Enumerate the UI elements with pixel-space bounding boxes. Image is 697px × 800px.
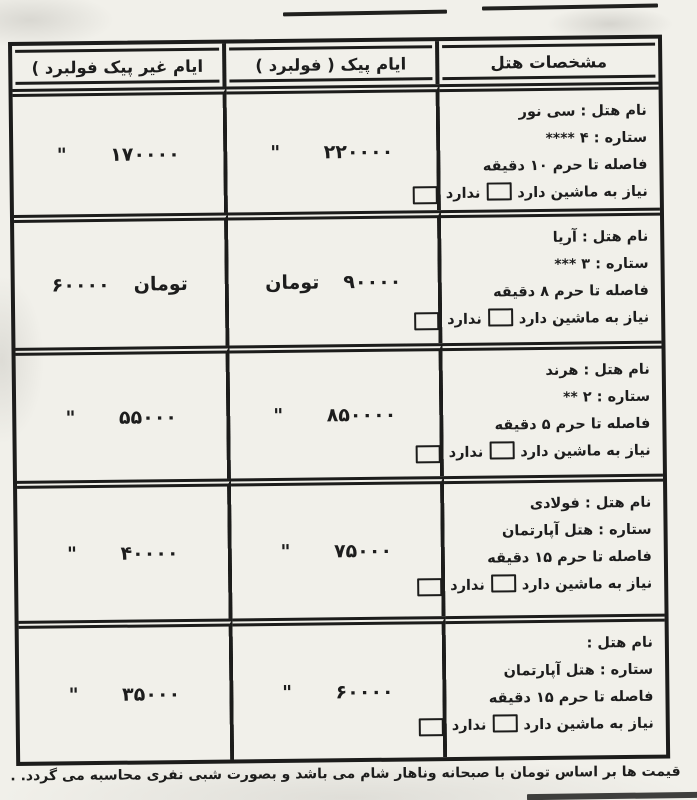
ditto-mark: "	[69, 684, 81, 706]
header-specs-label: مشخصات هتل	[442, 43, 655, 80]
scanned-document-page: ایام غیر پیک فولبرد ) ایام پیک ( فولبرد …	[0, 0, 697, 800]
hotel-specs-cell: نام هتل : هرند ستاره : ۲** فاصله تا حرم …	[442, 341, 662, 476]
hotel-specs-cell: نام هتل : آریا ستاره : ۳*** فاصله تا حرم…	[441, 208, 661, 343]
hotel-specs-cell: نام هتل : سی نور ستاره : ۴**** فاصله تا …	[440, 82, 660, 210]
ditto-mark: "	[65, 407, 77, 429]
price-value: ۶۰۰۰۰	[52, 273, 110, 296]
hotel-star-rating: ستاره : ۳***	[447, 251, 648, 280]
star-icons: ****	[545, 131, 574, 147]
ditto-mark: "	[273, 404, 285, 426]
checkbox-no-car	[413, 186, 438, 204]
scan-artifact-line	[283, 10, 447, 17]
price-value: ۴۰۰۰۰	[120, 542, 178, 565]
header-peak-label: ایام پیک ( فولبرد )	[229, 45, 432, 82]
offpeak-price-cell: " ۳۵۰۰۰	[19, 618, 235, 761]
car-requirement: نیاز به ماشین داردندارد	[450, 438, 651, 467]
hotel-name: نام هتل : آریا	[447, 224, 648, 253]
hotel-star-rating: ستاره : هتل آپارتمان	[450, 517, 651, 546]
hotel-distance: فاصله تا حرم ۱۵ دقیقه	[451, 544, 652, 573]
price-value: ۷۵۰۰۰	[334, 540, 392, 563]
checkbox-no-car	[416, 445, 441, 463]
ditto-mark: "	[67, 543, 79, 565]
star-icons: ***	[554, 257, 576, 273]
car-requirement: نیاز به ماشین داردندارد	[451, 571, 652, 600]
ditto-mark: "	[270, 142, 282, 164]
scan-artifact-line	[527, 792, 697, 800]
ditto-mark: "	[57, 144, 69, 166]
hotel-star-rating: ستاره : هتل آپارتمان	[452, 657, 653, 686]
checkbox-needs-car	[486, 182, 511, 200]
checkbox-needs-car	[488, 308, 513, 326]
hotel-specs-cell: نام هتل : ستاره : هتل آپارتمان فاصله تا …	[446, 614, 667, 757]
checkbox-no-car	[417, 578, 442, 596]
checkbox-no-car	[414, 312, 439, 330]
offpeak-price-cell: " ۴۰۰۰۰	[17, 478, 233, 620]
hotel-specs-cell: نام هتل : فولادی ستاره : هتل آپارتمان فا…	[444, 474, 665, 616]
checkbox-needs-car	[492, 714, 517, 732]
car-requirement: نیاز به ماشین داردندارد	[453, 711, 654, 740]
currency-label: تومان	[134, 272, 188, 295]
hotel-price-table: ایام غیر پیک فولبرد ) ایام پیک ( فولبرد …	[8, 35, 670, 766]
price-value: ۶۰۰۰۰	[335, 680, 393, 703]
price-value: ۸۵۰۰۰۰	[327, 403, 397, 426]
price-value: ۲۲۰۰۰۰	[324, 141, 394, 164]
car-requirement: نیاز به ماشین داردندارد	[448, 305, 649, 334]
hotel-name: نام هتل : سی نور	[446, 98, 647, 127]
hotel-name: نام هتل :	[452, 630, 653, 659]
hotel-name: نام هتل : فولادی	[450, 490, 651, 519]
checkbox-needs-car	[489, 441, 514, 459]
hotel-distance: فاصله تا حرم ۵ دقیقه	[449, 411, 650, 440]
star-icons: **	[563, 390, 578, 406]
header-hotel-specs: مشخصات هتل	[439, 39, 658, 84]
header-offpeak-days: ایام غیر پیک فولبرد )	[12, 44, 226, 89]
currency-label: تومان	[265, 271, 319, 294]
price-value: ۵۵۰۰۰	[119, 406, 177, 429]
offpeak-price-cell: " ۵۵۰۰۰	[15, 346, 230, 481]
offpeak-price-cell: ۶۰۰۰۰ تومان	[14, 213, 229, 348]
ditto-mark: "	[282, 681, 294, 703]
ditto-mark: "	[280, 541, 292, 563]
scan-artifact-line	[482, 3, 658, 10]
checkbox-no-car	[419, 718, 444, 736]
hotel-distance: فاصله تا حرم ۸ دقیقه	[448, 278, 649, 307]
hotel-star-rating: ستاره : ۴****	[446, 125, 647, 154]
hotel-star-rating: ستاره : ۲**	[449, 384, 650, 413]
hotel-distance: فاصله تا حرم ۱۰ دقیقه	[446, 152, 647, 181]
price-value: ۱۷۰۰۰۰	[110, 143, 180, 166]
header-peak-days: ایام پیک ( فولبرد )	[226, 41, 439, 86]
hotel-distance: فاصله تا حرم ۱۵ دقیقه	[452, 684, 653, 713]
car-requirement: نیاز به ماشین داردندارد	[447, 179, 648, 208]
header-offpeak-label: ایام غیر پیک فولبرد )	[15, 48, 219, 85]
checkbox-needs-car	[491, 574, 516, 592]
offpeak-price-cell: " ۱۷۰۰۰۰	[13, 87, 228, 215]
price-value: ۳۵۰۰۰	[122, 683, 180, 706]
price-value: ۹۰۰۰۰	[343, 270, 401, 293]
pricing-note: قیمت ها بر اساس تومان با صبحانه وناهار ش…	[0, 764, 691, 785]
hotel-name: نام هتل : هرند	[449, 357, 650, 386]
